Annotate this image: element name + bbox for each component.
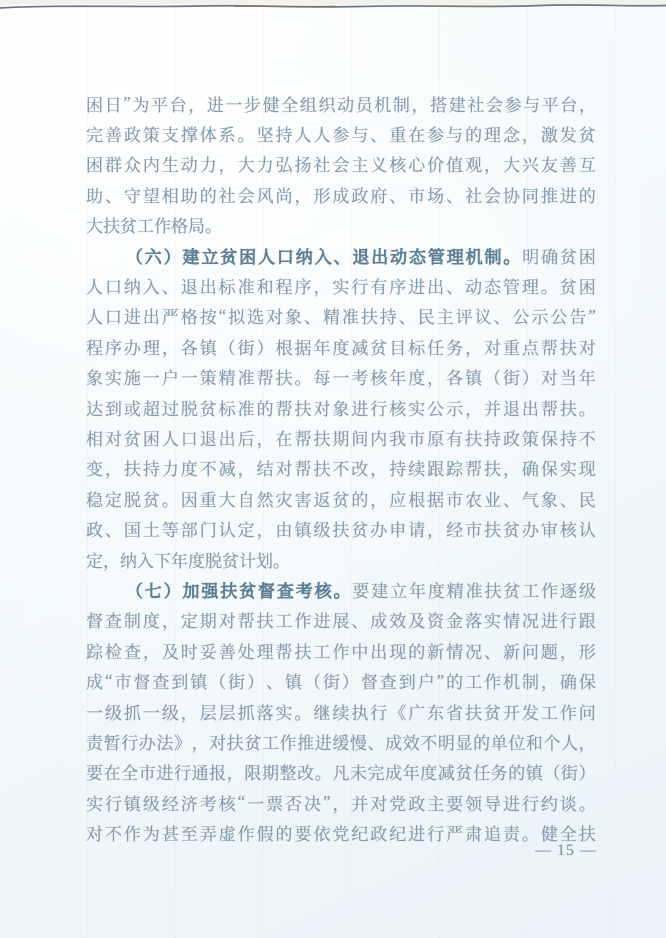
scanned-document-page: 困日”为平台，进一步健全组织动员机制，搭建社会参与平台，完善政策支撑体系。坚持人… [0, 0, 666, 938]
text-line: 实行镇级经济考核“一票否决”，并对党政主要领导进行约谈。 [86, 787, 596, 817]
page-number: — 15 — [535, 842, 597, 860]
text-line: 程序办理，各镇（街）根据年度减贫目标任务，对重点帮扶对 [86, 331, 596, 361]
text-line: 人口纳入、退出标准和程序，实行有序进出、动态管理。贫困 [86, 270, 596, 300]
text-line: 稳定脱贫。因重大自然灾害返贫的，应根据市农业、气象、民 [86, 483, 596, 513]
text-line: 政、国土等部门认定，由镇级扶贫办申请，经市扶贫办审核认 [86, 513, 596, 543]
text-line: 困日”为平台，进一步健全组织动员机制，搭建社会参与平台， [86, 88, 596, 118]
text-line: 困群众内生动力，大力弘扬社会主义核心价值观，大兴友善互 [86, 149, 596, 179]
text-line: 达到或超过脱贫标准的帮扶对象进行核实公示，并退出帮扶。 [86, 392, 596, 422]
text-line: （六）建立贫困人口纳入、退出动态管理机制。明确贫困 [86, 240, 596, 270]
text-line: 助、守望相助的社会风尚，形成政府、市场、社会协同推进的 [86, 179, 596, 209]
text-line: 督查制度，定期对帮扶工作进展、成效及资金落实情况进行跟 [86, 605, 596, 635]
text-line: 大扶贫工作格局。 [86, 210, 596, 240]
text-line: 要在全市进行通报，限期整改。凡未完成年度减贫任务的镇（街） [86, 757, 596, 787]
text-line: 定，纳入下年度脱贫计划。 [86, 544, 596, 574]
text-line: 相对贫困人口退出后，在帮扶期间内我市原有扶持政策保持不 [86, 422, 596, 452]
text-line: 踪检查，及时妥善处理帮扶工作中出现的新情况、新问题，形 [86, 635, 596, 665]
text-line: 对不作为甚至弄虚作假的要依党纪政纪进行严肃追责。健全扶 [86, 817, 596, 847]
text-line: 人口进出严格按“拟选对象、精准扶持、民主评议、公示公告” [86, 301, 596, 331]
document-body: 困日”为平台，进一步健全组织动员机制，搭建社会参与平台，完善政策支撑体系。坚持人… [86, 88, 596, 848]
text-line: 完善政策支撑体系。坚持人人参与、重在参与的理念，激发贫 [86, 118, 596, 148]
text-line: （七）加强扶贫督查考核。要建立年度精准扶贫工作逐级 [86, 574, 596, 604]
text-line: 成“市督查到镇（街）、镇（街）督查到户”的工作机制，确保 [86, 665, 596, 695]
scan-top-edge [0, 0, 666, 12]
text-line: 一级抓一级，层层抓落实。继续执行《广东省扶贫开发工作问 [86, 696, 596, 726]
text-line: 象实施一户一策精准帮扶。每一考核年度，各镇（街）对当年 [86, 362, 596, 392]
text-line: 变，扶持力度不减，结对帮扶不改，持续跟踪帮扶，确保实现 [86, 453, 596, 483]
text-line: 责暂行办法》，对扶贫工作推进缓慢、成效不明显的单位和个人， [86, 726, 596, 756]
